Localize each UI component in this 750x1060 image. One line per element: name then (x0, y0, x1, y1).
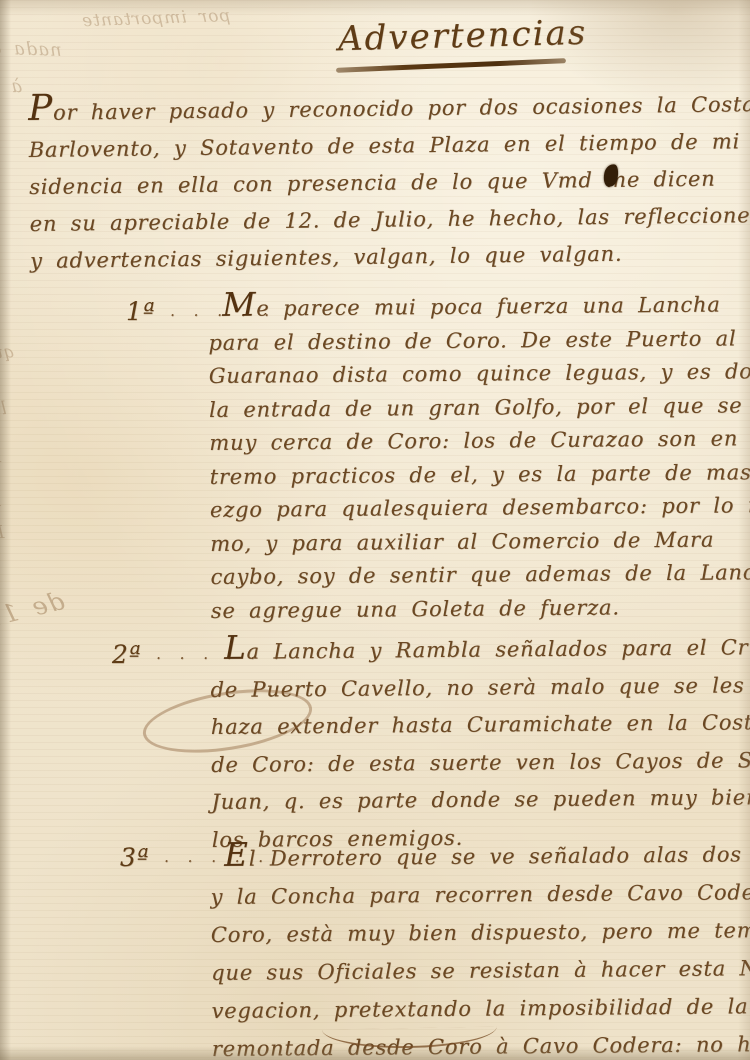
item-1-line: mo, y para auxiliar al Comercio de Mara (210, 522, 750, 561)
intro-paragraph: Por haver pasado y reconocido por dos oc… (28, 81, 750, 280)
item-1-line: para el destino de Coro. De este Puerto … (208, 321, 750, 360)
bleedthrough-text: por importante (81, 6, 231, 31)
document-title: Advertencias (338, 13, 588, 60)
item-1-line: la entrada de un gran Golfo, por el que … (209, 388, 750, 427)
item-1-text: Me parece mui poca fuerza una Lancha par… (208, 284, 750, 628)
item-3-line: que sus Oficiales se resistan à hacer es… (211, 949, 750, 992)
item-1-line: caybo, soy de sentir que ademas de la La… (210, 556, 750, 595)
item-2-text: La Lancha y Rambla señalados para el Cru… (210, 625, 750, 859)
item-3-line: Coro, està muy bien dispuesto, pero me t… (211, 911, 750, 954)
bleedthrough-text: Petrinadas (0, 490, 1, 517)
bleedthrough-text: de 1795. (0, 586, 67, 644)
item-1-line: Guaranao dista como quince leguas, y es … (209, 355, 750, 394)
item-3-line: y la Concha para recorren desde Cavo Cod… (210, 873, 750, 916)
bleedthrough-text: Barcelonas (0, 446, 1, 475)
bleedthrough-text: nada à los tengo (0, 34, 62, 61)
manuscript-page: por importante nada à los tengo à la Pla… (0, 0, 750, 1060)
item-3-line: vegacion, pretextando la imposibilidad d… (211, 987, 750, 1030)
item-3-line: El Derrotero que se ve señalado alas dos… (224, 831, 750, 878)
title-underline-stroke (336, 58, 566, 73)
item-3-text: El Derrotero que se ve señalado alas dos… (210, 831, 750, 1060)
bleedthrough-text: que en (0, 342, 15, 367)
item-2-marker-label: 2ª (112, 640, 141, 669)
item-2-line: La Lancha y Rambla señalados para el Cru… (224, 625, 750, 672)
bleedthrough-text: De Por que (0, 522, 5, 547)
item-1-line: ezgo para qualesquiera desembarco: por l… (210, 489, 750, 528)
item-2-line: de Coro: de esta suerte ven los Cayos de… (211, 741, 750, 784)
bleedthrough-text: à la Plaza (0, 76, 22, 99)
item-2-line: Juan, q. es parte donde se pueden muy bi… (211, 779, 750, 822)
bleedthrough-text: la Man (0, 398, 7, 423)
item-3-marker-label: 3ª (120, 843, 149, 872)
item-1-line: Me parece mui poca fuerza una Lancha (222, 284, 750, 327)
item-1-line: muy cerca de Coro: los de Curazao son en… (209, 422, 750, 461)
item-1-line: tremo practicos de el, y es la parte de … (209, 455, 750, 494)
item-1-marker-label: 1ª (126, 297, 155, 326)
item-1-line: se agregue una Goleta de fuerza. (211, 589, 750, 628)
